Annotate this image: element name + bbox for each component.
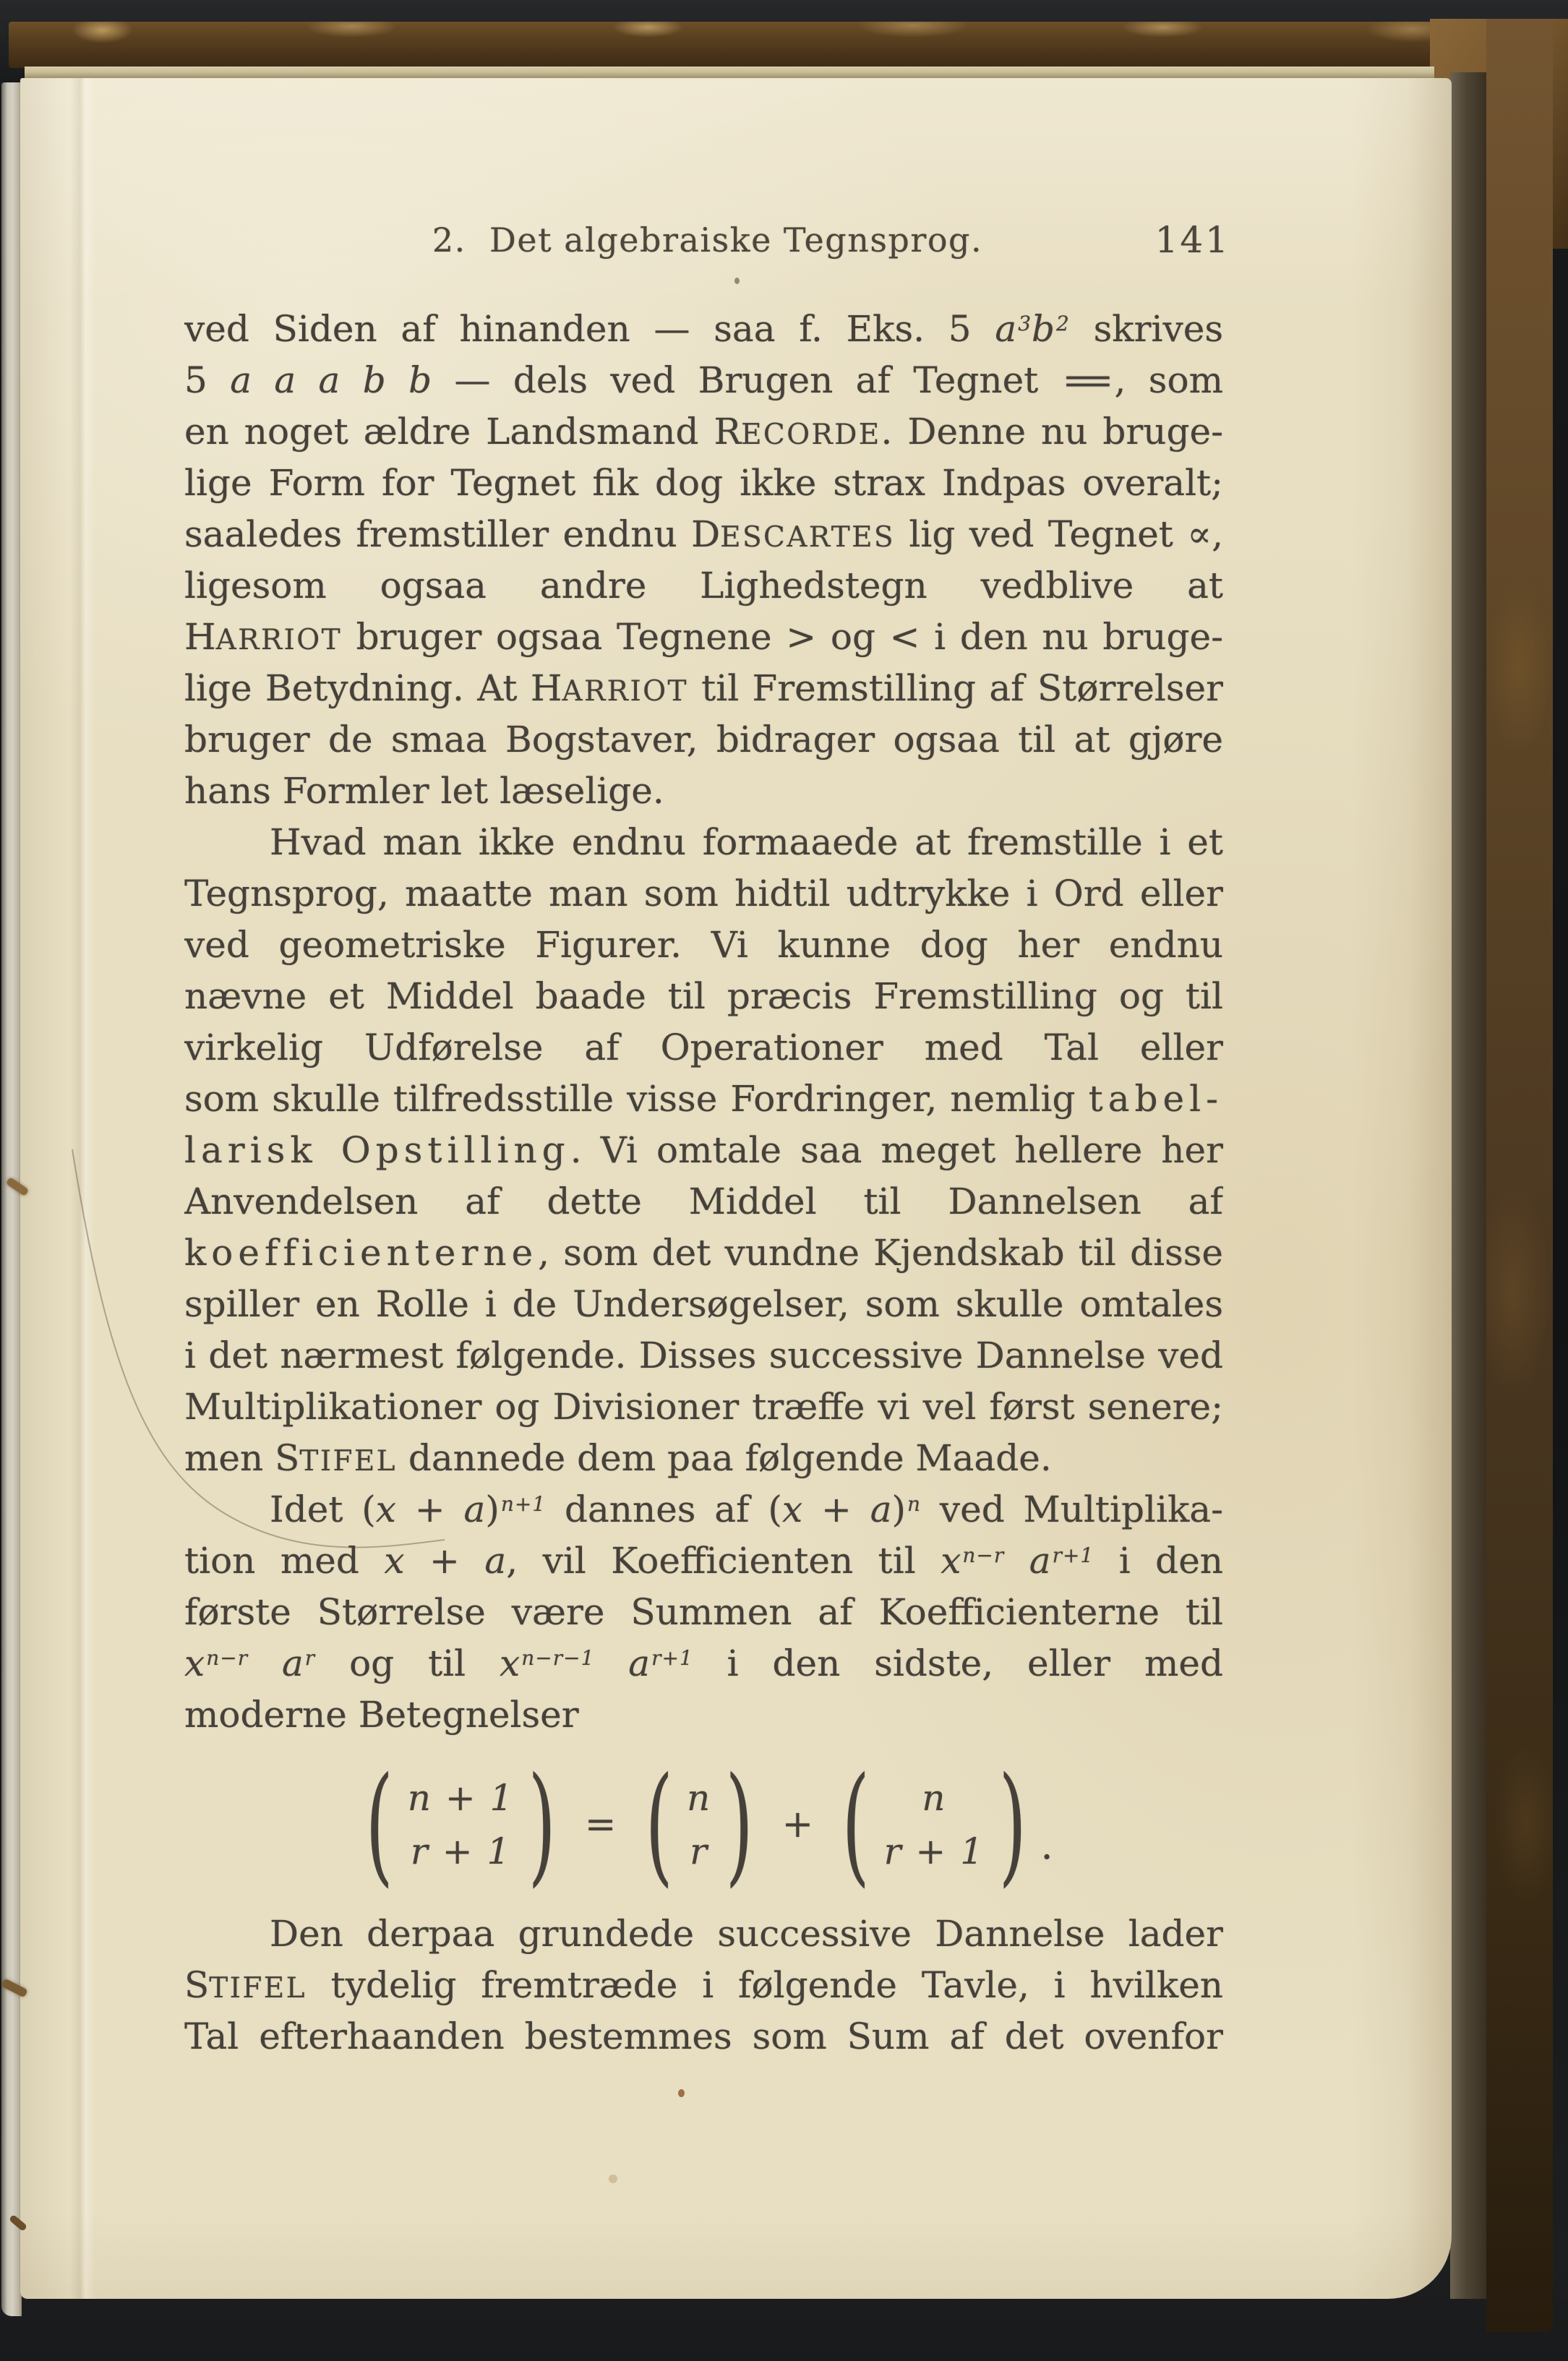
binomial-upper: n + 1 (408, 1780, 515, 1816)
left-paren: ( (645, 1760, 672, 1889)
exponent: n+1 (501, 1492, 546, 1516)
text-run: lige Betydning. At (184, 667, 531, 709)
book-cover-top-edge (9, 22, 1568, 68)
text-line: lige Form for Tegnet fik dog ikke strax … (184, 458, 1223, 509)
exponent: r (305, 1646, 315, 1670)
text-line: tion med x + a, vil Koefficienten til xn… (184, 1535, 1223, 1587)
text-run: , (1212, 513, 1223, 555)
small-caps-name: RECORDE (714, 411, 881, 453)
binomial-identity-formula: (n + 1r + 1)=(nr)+(nr + 1). (184, 1741, 1223, 1908)
text-run: moderne Betegnelser (184, 1694, 579, 1736)
text-run: ) (892, 1488, 907, 1530)
text-run: tabel- (1089, 1078, 1223, 1120)
binomial-entries: nr + 1 (884, 1780, 985, 1869)
text-run: saaledes fremstiller endnu (184, 513, 691, 555)
text-line: lige Betydning. At HARRIOT til Fremstill… (184, 663, 1223, 714)
binomial-coefficient: (n + 1r + 1) (354, 1760, 567, 1889)
exponent: r+1 (651, 1646, 693, 1670)
text-line: Idet (x + a)n+1 dannes af (x + a)n ved M… (184, 1484, 1223, 1535)
binomial-coefficient: (nr) (634, 1760, 765, 1889)
text-run: ved Multiplika- (921, 1488, 1223, 1530)
text-line: xn−r ar og til xn−r−1 ar+1 i den sidste,… (184, 1638, 1223, 1689)
right-paren: ) (999, 1760, 1027, 1889)
formula-period: . (1041, 1822, 1053, 1868)
text-line: STIFEL tydelig fremtræde i følgende Tavl… (184, 1960, 1223, 2011)
right-paren: ) (528, 1760, 556, 1889)
text-run: a (282, 1642, 304, 1684)
text-run: ) (485, 1488, 500, 1530)
text-run: dannede dem paa følgende Maade. (397, 1437, 1052, 1479)
binomial-upper: n (922, 1780, 946, 1816)
text-run: larisk Opstilling (184, 1129, 570, 1171)
text-line: i det nærmest følgende. Disses successiv… (184, 1330, 1223, 1381)
text-run (1004, 1540, 1029, 1582)
long-equals-sign: = (1059, 355, 1117, 406)
exponent: 2 (1056, 312, 1070, 335)
binomial-lower: r + 1 (884, 1833, 985, 1869)
text-run: x (941, 1540, 961, 1582)
paper-speck (609, 2174, 617, 2183)
text-run: en noget ældre Landsmand (184, 411, 714, 453)
text-line: ved geometriske Figurer. Vi kunne dog he… (184, 920, 1223, 971)
text-line: bruger de smaa Bogstaver, bidrager ogsaa… (184, 714, 1223, 766)
chapter-title: 2. Det algebraiske Tegnsprog. (432, 217, 982, 263)
text-run: ∝ (1187, 513, 1212, 555)
exponent: n−r (962, 1543, 1004, 1567)
text-run: a (1029, 1540, 1051, 1582)
exponent: n (907, 1492, 921, 1516)
text-line: ligesom ogsaa andre Lighedstegn vedblive… (184, 560, 1223, 612)
text-run: som skulle tilfredsstille visse Fordring… (184, 1078, 1089, 1120)
text-run: Anvendelsen af dette Middel til Dannelse… (184, 1180, 1223, 1222)
page-block-edge (1450, 72, 1486, 2299)
text-run: a (995, 308, 1016, 350)
text-line: larisk Opstilling. Vi omtale saa meget h… (184, 1125, 1223, 1176)
text-line: 5 a a a b b — dels ved Brugen af Tegnet … (184, 355, 1223, 406)
text-run: a (464, 1488, 486, 1530)
plus-sign: + (782, 1803, 814, 1846)
text-run: i den sidste, eller med (693, 1642, 1223, 1684)
text-run: virkelig Udførelse af Operationer med Ta… (184, 1027, 1223, 1074)
text-run: nævne et Middel baade til præcis Fremsti… (184, 975, 1223, 1017)
binomial-entries: n + 1r + 1 (408, 1780, 515, 1869)
text-line: HARRIOT bruger ogsaa Tegnene > og < i de… (184, 612, 1223, 663)
book-photograph: 2. Det algebraiske Tegnsprog. 141 ved Si… (0, 0, 1568, 2361)
text-run: + (802, 1488, 870, 1530)
text-run: a (484, 1540, 506, 1582)
text-run: ligesom ogsaa andre Lighedstegn vedblive… (184, 565, 1223, 612)
small-caps-name: HARRIOT (184, 616, 342, 658)
text-run: ved Siden af hinanden — saa f. Eks. 5 (184, 308, 995, 350)
text-line: Multiplikationer og Divisioner træffe vi… (184, 1381, 1223, 1433)
text-run: + (405, 1540, 485, 1582)
paper-speck (678, 2089, 685, 2097)
text-run: Hvad man ikke endnu formaaede at fremsti… (270, 821, 1223, 863)
text-run: b (1032, 308, 1055, 350)
binomial-lower: r + 1 (411, 1833, 511, 1869)
text-run: Tal efterhaanden bestemmes som Sum af de… (184, 2015, 1223, 2057)
text-run: bruger de smaa Bogstaver, bidrager ogsaa… (184, 719, 1223, 760)
small-caps-name: HARRIOT (531, 667, 688, 709)
exponent: n−r−1 (521, 1646, 594, 1670)
text-run: i det nærmest følgende. Disses successiv… (184, 1334, 1223, 1376)
text-run: bruger ogsaa Tegnene > og < i den nu bru… (342, 616, 1223, 658)
text-line: Den derpaa grundede successive Dannelse … (184, 1908, 1223, 1960)
equals-sign: = (585, 1803, 617, 1846)
text-run: tydelig fremtræde i følgende Tavle, i hv… (184, 1964, 1223, 2011)
text-run: tion med (184, 1540, 384, 1582)
text-line: Tegnsprog, maatte man som hidtil udtrykk… (184, 868, 1223, 920)
text-run: + (396, 1488, 464, 1530)
text-line: som skulle tilfredsstille visse Fordring… (184, 1074, 1223, 1125)
text-line: virkelig Udførelse af Operationer med Ta… (184, 1022, 1223, 1074)
text-run: x (500, 1642, 520, 1684)
text-run: x (184, 1642, 205, 1684)
text-run (594, 1642, 628, 1684)
text-run: første Størrelse være Summen af Koeffici… (184, 1591, 1223, 1633)
text-line: Hvad man ikke endnu formaaede at fremsti… (184, 817, 1223, 868)
text-line: første Størrelse være Summen af Koeffici… (184, 1587, 1223, 1638)
text-run: Idet ( (270, 1488, 376, 1530)
text-run: til Fremstilling af Størrelser (688, 667, 1223, 709)
text-run: og til (315, 1642, 500, 1684)
text-run: Tegnsprog, maatte man som hidtil udtrykk… (184, 873, 1223, 914)
binomial-upper: n (687, 1780, 711, 1816)
text-run: a a a b b (230, 359, 432, 401)
book-cover-right-edge (1486, 19, 1553, 2332)
binomial-coefficient: (nr + 1) (831, 1760, 1037, 1889)
text-line: moderne Betegnelser (184, 1689, 1223, 1741)
text-run: x (782, 1488, 802, 1530)
right-paren: ) (726, 1760, 753, 1889)
exponent: 3 (1018, 312, 1032, 335)
text-line: koefficienterne, som det vundne Kjendska… (184, 1227, 1223, 1279)
text-run: . Vi omtale saa meget hellere her (570, 1129, 1223, 1171)
text-run: lig ved Tegnet (895, 513, 1187, 555)
text-line: ved Siden af hinanden — saa f. Eks. 5 a3… (184, 304, 1223, 355)
text-run: 5 (184, 359, 230, 401)
text-run: skrives (1070, 308, 1223, 350)
text-run: ved geometriske Figurer. Vi kunne dog he… (184, 924, 1223, 966)
body-text: ved Siden af hinanden — saa f. Eks. 5 a3… (184, 304, 1223, 1741)
binomial-entries: nr (687, 1780, 711, 1869)
text-run: spiller en Rolle i de Undersøgelser, som… (184, 1283, 1223, 1325)
text-run: a (628, 1642, 650, 1684)
text-line: spiller en Rolle i de Undersøgelser, som… (184, 1279, 1223, 1330)
text-run (248, 1642, 282, 1684)
text-run: koefficienterne (184, 1232, 538, 1274)
exponent: n−r (206, 1646, 248, 1670)
running-header: 2. Det algebraiske Tegnsprog. 141 (184, 217, 1230, 263)
binomial-lower: r (690, 1833, 708, 1869)
text-run: dannes af ( (546, 1488, 782, 1530)
body-text-continued: Den derpaa grundede successive Dannelse … (184, 1908, 1223, 2062)
page-number: 141 (1155, 217, 1230, 263)
text-line: hans Formler let læselige. (184, 766, 1223, 817)
text-run: x (376, 1488, 396, 1530)
text-run: , vil Koefficienten til (506, 1540, 941, 1582)
text-line: Anvendelsen af dette Middel til Dannelse… (184, 1176, 1223, 1227)
text-line: men STIFEL dannede dem paa følgende Maad… (184, 1433, 1223, 1484)
text-run: — dels ved Brugen af Tegnet (432, 359, 1061, 401)
text-line: Tal efterhaanden bestemmes som Sum af de… (184, 2011, 1223, 2062)
text-line: saaledes fremstiller endnu DESCARTES lig… (184, 509, 1223, 560)
exponent: r+1 (1053, 1543, 1094, 1567)
text-run: a (870, 1488, 892, 1530)
small-caps-name: DESCARTES (691, 513, 895, 555)
text-line: en noget ældre Landsmand RECORDE. Denne … (184, 406, 1223, 458)
small-caps-name: STIFEL (275, 1437, 397, 1479)
text-run: i den (1094, 1540, 1223, 1582)
text-run: Den derpaa grundede successive Dannelse … (270, 1913, 1223, 1955)
text-run: Multiplikationer og Divisioner træffe vi… (184, 1386, 1223, 1428)
paper-speck (734, 278, 740, 284)
text-run: hans Formler let læselige. (184, 770, 664, 812)
left-paren: ( (366, 1760, 393, 1889)
text-line: nævne et Middel baade til præcis Fremsti… (184, 971, 1223, 1022)
text-run: lige Form for Tegnet fik dog ikke strax … (184, 462, 1223, 504)
left-paren: ( (842, 1760, 870, 1889)
text-run: . Denne nu bruge- (881, 411, 1223, 453)
text-run: x (384, 1540, 404, 1582)
small-caps-name: STIFEL (184, 1964, 307, 2006)
text-run: , som det vundne Kjendskab til disse (538, 1232, 1223, 1274)
text-run: men (184, 1437, 275, 1479)
